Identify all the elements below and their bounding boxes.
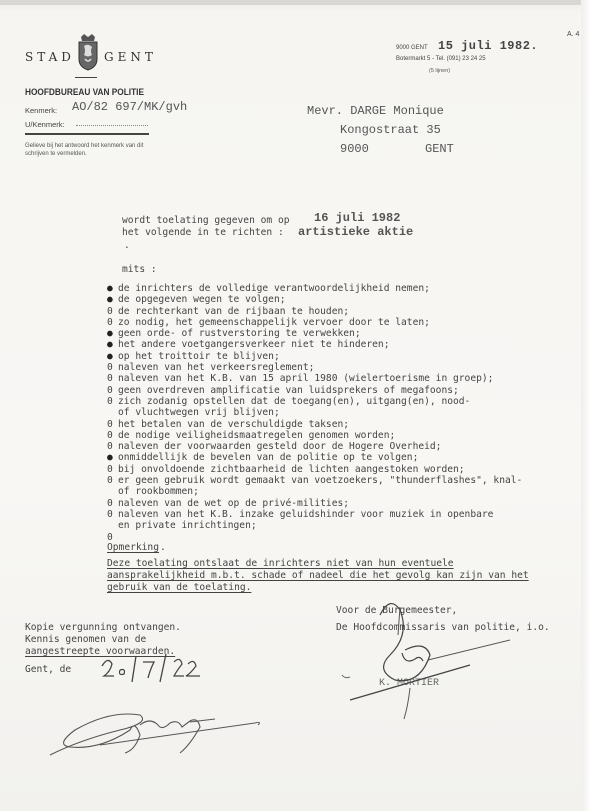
empty-bullet-icon: 0: [107, 373, 118, 384]
recipient-postcode: 9000: [340, 142, 369, 156]
filled-bullet-icon: ●: [107, 328, 118, 339]
condition-item: 0naleven der voorwaarden gesteld door de…: [107, 441, 522, 452]
empty-bullet-icon: 0: [107, 396, 118, 407]
sender-city: 9000 GENT: [396, 45, 428, 51]
condition-continuation: en private inrichtingen;: [107, 520, 522, 531]
condition-text: zich zodanig opstellen dat de toegang(en…: [118, 396, 470, 407]
remark-title-text: Opmerking: [107, 542, 159, 553]
signature-tail: [380, 686, 420, 722]
condition-text: de opgegeven wegen te volgen;: [118, 294, 286, 305]
coat-of-arms-icon: [76, 33, 100, 71]
empty-bullet-icon: 0: [107, 419, 118, 430]
condition-continuation: of rookbommen;: [107, 486, 522, 497]
your-reference-blank: [76, 125, 148, 126]
empty-bullet-icon: 0: [107, 475, 118, 486]
condition-item: ●de opgegeven wegen te volgen;: [107, 294, 522, 305]
reference-notice: Gelieve bij het antwoord het kenmerk van…: [25, 142, 155, 158]
permission-line-1: wordt toelating gegeven om op: [122, 215, 290, 226]
condition-item: ●het andere voetgangersverkeer niet te h…: [107, 339, 522, 350]
condition-item: 0er geen gebruik wordt gemaakt van voetz…: [107, 475, 522, 498]
department-name: HOOFDBUREAU VAN POLITIE: [25, 87, 144, 97]
condition-item: 0naleven van het K.B. van 15 april 1980 …: [107, 373, 522, 384]
empty-bullet-icon: 0: [107, 317, 118, 328]
remark-title: Opmerking: [107, 542, 159, 553]
ack-line-2: Kennis genomen van de: [25, 634, 146, 645]
condition-item: 0het betalen van de verschuldigde taksen…: [107, 419, 522, 430]
filled-bullet-icon: ●: [107, 351, 118, 362]
condition-text: zo nodig, het gemeenschappelijk vervoer …: [118, 317, 430, 328]
letter-date: 15 juli 1982.: [438, 39, 538, 53]
recipient-street: Kongostraat 35: [340, 123, 441, 137]
permission-dot: .: [124, 240, 130, 251]
place-date-label: Gent, de: [25, 664, 71, 675]
condition-text: naleven der voorwaarden gesteld door de …: [118, 441, 441, 452]
empty-bullet-icon: 0: [107, 362, 118, 373]
letter-page: STAD GENT HOOFDBUREAU VAN POLITIE Kenmer…: [0, 0, 589, 811]
condition-item: 0naleven van het K.B. inzake geluidshind…: [107, 509, 522, 532]
condition-item: ●onmiddellijk de bevelen van de politie …: [107, 452, 522, 463]
condition-item: 0: [107, 532, 522, 543]
condition-text: naleven van het K.B. van 15 april 1980 (…: [118, 373, 493, 384]
condition-text: naleven van het verkeersreglement;: [118, 362, 314, 373]
handwritten-date: [98, 648, 208, 684]
condition-text: onmiddellijk de bevelen van de politie o…: [118, 452, 418, 463]
filled-bullet-icon: ●: [107, 452, 118, 463]
condition-text: het andere voetgangersverkeer niet te hi…: [118, 339, 389, 350]
remark-body: Deze toelating ontslaat de inrichters ni…: [107, 558, 557, 594]
condition-item: 0de rechterkant van de rijbaan te houden…: [107, 306, 522, 317]
condition-text: naleven van het K.B. inzake geluidshinde…: [118, 509, 493, 520]
letterhead-city-right: GENT: [104, 50, 157, 64]
condition-text: het betalen van de verschuldigde taksen;: [118, 419, 349, 430]
condition-text: er geen gebruik wordt gemaakt van voetzo…: [118, 475, 522, 486]
empty-bullet-icon: 0: [107, 306, 118, 317]
recipient-signature: [40, 705, 270, 765]
empty-bullet-icon: 0: [107, 464, 118, 475]
condition-item: ●geen orde- of rustverstoring te verwekk…: [107, 328, 522, 339]
reference-label: Kenmerk:: [25, 106, 57, 115]
document-code: A. 4: [567, 31, 579, 38]
condition-text: bij onvoldoende zichtbaarheid de lichten…: [118, 464, 465, 475]
sender-address: Botermarkt 5 - Tel. (091) 23 24 25: [396, 56, 486, 62]
scan-edge: [0, 0, 589, 5]
condition-item: ●op het troittoir te blijven;: [107, 351, 522, 362]
condition-text: de inrichters de volledige verantwoordel…: [118, 283, 430, 294]
conditions-list: ●de inrichters de volledige verantwoorde…: [107, 283, 522, 543]
empty-bullet-icon: 0: [107, 385, 118, 396]
condition-text: naleven van de wet op de privé-milities;: [118, 498, 349, 509]
filled-bullet-icon: ●: [107, 339, 118, 350]
condition-text: op het troittoir te blijven;: [118, 351, 280, 362]
reference-value: AO/82 697/MK/gvh: [72, 100, 187, 114]
condition-continuation: of vluchtwegen vrij blijven;: [107, 407, 522, 418]
empty-bullet-icon: 0: [107, 498, 118, 509]
your-reference-label: U/Kenmerk:: [25, 120, 65, 129]
event-date: 16 juli 1982: [314, 211, 400, 225]
empty-bullet-icon: 0: [107, 509, 118, 520]
phone-lines: (5 lijnen): [429, 68, 450, 74]
condition-item: 0naleven van het verkeersreglement;: [107, 362, 522, 373]
conditions-label: mits :: [122, 264, 157, 275]
letterhead-city-left: STAD: [25, 50, 75, 64]
condition-item: 0de nodige veiligheidsmaatregelen genome…: [107, 430, 522, 441]
recipient-name: Mevr. DARGE Monique: [307, 104, 444, 118]
condition-text: de nodige veiligheidsmaatregelen genomen…: [118, 430, 395, 441]
condition-item: 0bij onvoldoende zichtbaarheid de lichte…: [107, 464, 522, 475]
condition-text: geen orde- of rustverstoring te verwekke…: [118, 328, 361, 339]
empty-bullet-icon: 0: [107, 441, 118, 452]
event-activity: artistieke aktie: [298, 225, 413, 239]
condition-item: ●de inrichters de volledige verantwoorde…: [107, 283, 522, 294]
crest-rule: [75, 77, 97, 78]
permission-line-2: het volgende in te richten :: [122, 227, 284, 238]
condition-text: geen overdreven amplificatie van luidspr…: [118, 385, 459, 396]
empty-bullet-icon: 0: [107, 430, 118, 441]
condition-item: 0naleven van de wet op de privé-milities…: [107, 498, 522, 509]
scan-edge-right: [581, 0, 589, 811]
letterhead-rule: [25, 133, 149, 135]
commissioner-signature: [320, 595, 560, 705]
ack-line-1: Kopie vergunning ontvangen.: [25, 622, 181, 633]
condition-item: 0zo nodig, het gemeenschappelijk vervoer…: [107, 317, 522, 328]
filled-bullet-icon: ●: [107, 294, 118, 305]
recipient-city: GENT: [425, 142, 454, 156]
filled-bullet-icon: ●: [107, 283, 118, 294]
condition-text: de rechterkant van de rijbaan te houden;: [118, 306, 349, 317]
condition-item: 0geen overdreven amplificatie van luidsp…: [107, 385, 522, 396]
condition-item: 0zich zodanig opstellen dat de toegang(e…: [107, 396, 522, 419]
remark-title-period: .: [160, 542, 166, 553]
